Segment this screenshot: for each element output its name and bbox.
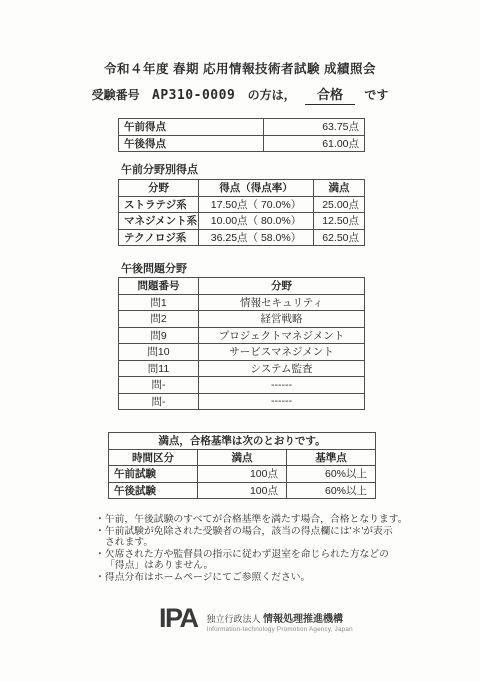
category-cell: マネジメント系 xyxy=(119,213,199,230)
table-row: テクノロジ系 36.25点（ 58.0%） 62.50点 xyxy=(119,229,365,246)
score-cell: 10.00点（ 80.0%） xyxy=(199,213,314,230)
morning-score-value: 63.75点 xyxy=(264,119,365,136)
ipa-logo: IPA 独立行政法人 情報処理推進機構 Information-technolo… xyxy=(159,605,353,633)
footnote-line-continuation: されます。 xyxy=(95,537,465,549)
question-number-cell: 問1 xyxy=(119,294,199,311)
table-row: 午後試験 100点 60%以上 xyxy=(109,482,376,499)
score-cell: 36.25点（ 58.0%） xyxy=(199,229,314,246)
table-row: 問1 情報セキュリティ xyxy=(119,294,365,311)
footnote-line: ・午前，午後試験のすべてが合格基準を満たす場合，合格となります。 xyxy=(95,514,465,526)
question-field-cell: システム監査 xyxy=(199,360,365,377)
max-cell: 62.50点 xyxy=(314,229,365,246)
column-header-division: 時間区分 xyxy=(109,449,198,466)
category-cell: ストラテジ系 xyxy=(119,196,199,213)
ipa-org-prefix: 独立行政法人 xyxy=(207,614,261,624)
question-number-cell: 問11 xyxy=(119,360,199,377)
examinee-number-label: 受験番号 xyxy=(92,88,140,102)
question-field-cell: ------ xyxy=(199,377,365,394)
score-cell: 17.50点（ 70.0%） xyxy=(199,196,314,213)
column-header-question-number: 問題番号 xyxy=(119,278,199,295)
ipa-logo-acronym: IPA xyxy=(159,605,198,632)
table-row: ストラテジ系 17.50点（ 70.0%） 25.00点 xyxy=(119,196,365,213)
ipa-org-name-ja: 独立行政法人 情報処理推進機構 xyxy=(207,610,353,625)
question-number-cell: 問2 xyxy=(119,311,199,328)
table-row: 問11 システム監査 xyxy=(119,360,365,377)
division-cell: 午前試験 xyxy=(109,466,198,483)
division-cell: 午後試験 xyxy=(109,482,198,499)
question-number-cell: 問10 xyxy=(119,344,199,361)
max-cell: 25.00点 xyxy=(314,196,365,213)
table-header-row: 分野 得点（得点率） 満点 xyxy=(119,180,365,197)
column-header-max: 満点 xyxy=(314,180,365,197)
morning-breakdown-table: 分野 得点（得点率） 満点 ストラテジ系 17.50点（ 70.0%） 25.0… xyxy=(118,179,365,246)
result-middle-text: の方は， xyxy=(248,88,296,102)
table-row: 午前得点 63.75点 xyxy=(119,119,365,136)
result-document-page: 令和４年度 春期 応用情報技術者試験 成績照会 受験番号 AP310-0009 … xyxy=(0,0,480,681)
table-row: マネジメント系 10.00点（ 80.0%） 12.50点 xyxy=(119,213,365,230)
table-row: 問- ------ xyxy=(119,393,365,410)
column-header-score: 得点（得点率） xyxy=(199,180,314,197)
max-score-cell: 100点 xyxy=(198,466,287,483)
ipa-org-name-en: Information-technology Promotion Agency,… xyxy=(207,626,353,633)
column-header-category: 分野 xyxy=(119,180,199,197)
question-field-cell: 経営戦略 xyxy=(199,311,365,328)
footnote-line-continuation: 「得点」はありません。 xyxy=(95,560,465,572)
table-row: 午後得点 61.00点 xyxy=(119,135,365,152)
afternoon-questions-table: 問題番号 分野 問1 情報セキュリティ 問2 経営戦略 問9 プロジェクトマネジ… xyxy=(118,277,365,410)
question-field-cell: ------ xyxy=(199,393,365,410)
passing-score-cell: 60%以上 xyxy=(287,466,376,483)
question-field-cell: サービスマネジメント xyxy=(199,344,365,361)
table-row: 問- ------ xyxy=(119,377,365,394)
table-caption-row: 満点，合格基準は次のとおりです。 xyxy=(109,433,376,450)
column-header-passing-score: 基準点 xyxy=(287,449,376,466)
footnote-line: ・得点分布はホームページにてご参照ください。 xyxy=(95,572,465,584)
afternoon-questions-title: 午後問題分野 xyxy=(121,260,187,276)
question-number-cell: 問- xyxy=(119,377,199,394)
ipa-logo-text: 独立行政法人 情報処理推進機構 Information-technology P… xyxy=(207,605,353,633)
question-field-cell: プロジェクトマネジメント xyxy=(199,327,365,344)
ipa-org-name: 情報処理推進機構 xyxy=(263,614,343,625)
pass-status: 合格 xyxy=(305,84,355,105)
question-number-cell: 問9 xyxy=(119,327,199,344)
afternoon-score-label: 午後得点 xyxy=(119,135,264,152)
table-header-row: 問題番号 分野 xyxy=(119,278,365,295)
question-field-cell: 情報セキュリティ xyxy=(199,294,365,311)
document-title: 令和４年度 春期 応用情報技術者試験 成績照会 xyxy=(0,59,480,77)
morning-score-label: 午前得点 xyxy=(119,119,264,136)
result-suffix: です xyxy=(364,88,388,102)
column-header-max-score: 満点 xyxy=(198,449,287,466)
result-line: 受験番号 AP310-0009 の方は， 合格 です xyxy=(0,84,480,105)
question-number-cell: 問- xyxy=(119,393,199,410)
footnote-line: ・午前試験が免除された受験者の場合，該当の得点欄には'＊'が表示 xyxy=(95,526,465,538)
criteria-caption: 満点，合格基準は次のとおりです。 xyxy=(109,433,376,450)
footnote-line: ・欠席された方や監督員の指示に従わず退室を命じられた方などの xyxy=(95,549,465,561)
afternoon-score-value: 61.00点 xyxy=(264,135,365,152)
passing-score-cell: 60%以上 xyxy=(287,482,376,499)
table-row: 問2 経営戦略 xyxy=(119,311,365,328)
max-cell: 12.50点 xyxy=(314,213,365,230)
table-header-row: 時間区分 満点 基準点 xyxy=(109,449,376,466)
passing-criteria-table: 満点，合格基準は次のとおりです。 時間区分 満点 基準点 午前試験 100点 6… xyxy=(108,432,376,499)
morning-breakdown-title: 午前分野別得点 xyxy=(121,161,198,177)
max-score-cell: 100点 xyxy=(198,482,287,499)
column-header-field: 分野 xyxy=(199,278,365,295)
examinee-number: AP310-0009 xyxy=(152,88,235,103)
table-row: 問10 サービスマネジメント xyxy=(119,344,365,361)
footnotes: ・午前，午後試験のすべてが合格基準を満たす場合，合格となります。 ・午前試験が免… xyxy=(95,514,465,584)
total-score-table: 午前得点 63.75点 午後得点 61.00点 xyxy=(118,118,365,152)
category-cell: テクノロジ系 xyxy=(119,229,199,246)
table-row: 午前試験 100点 60%以上 xyxy=(109,466,376,483)
table-row: 問9 プロジェクトマネジメント xyxy=(119,327,365,344)
